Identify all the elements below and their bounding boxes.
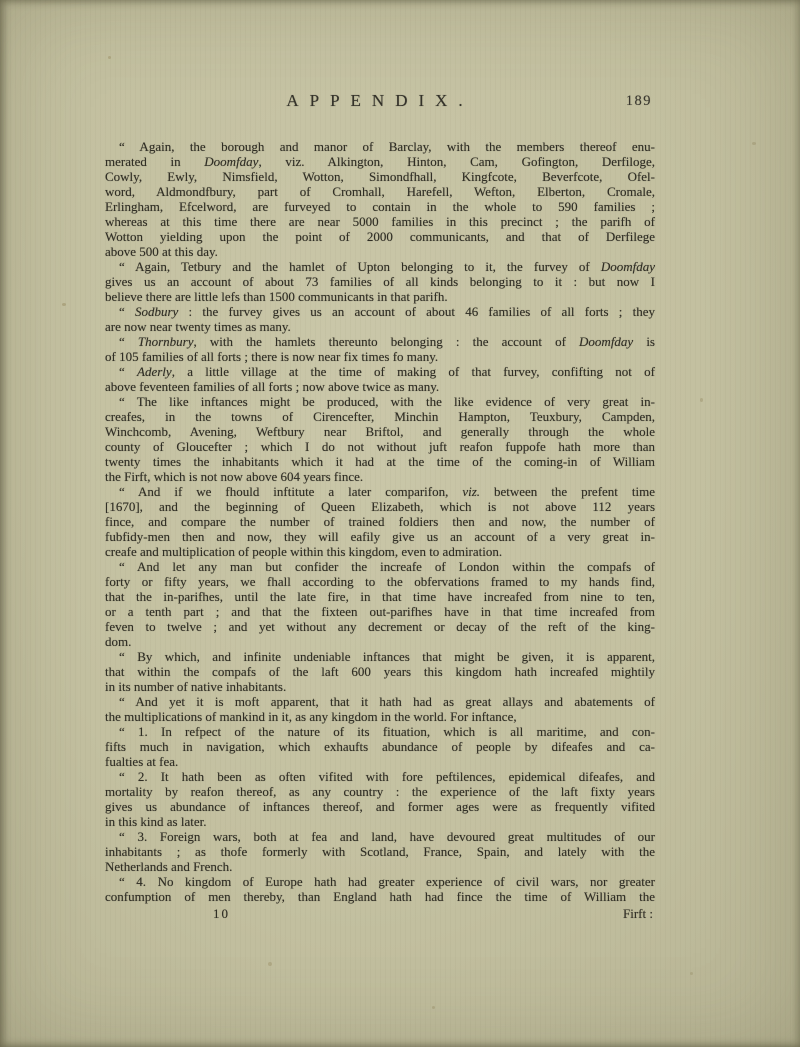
paragraph: “ The like inftances might be produced, … (105, 394, 655, 484)
body-text: in this kind as later. (105, 814, 206, 829)
foxing-spot (108, 56, 111, 59)
body-text: twenty times the inhabitants which it ha… (105, 454, 655, 469)
body-text: the Firft, which is not now above 604 ye… (105, 469, 363, 484)
text-line: creafe and multiplication of people with… (105, 544, 655, 559)
body-text: word, Aldmondfbury, part of Cromhall, Ha… (105, 184, 655, 199)
body-text: mortality by reafon thereof, as any coun… (105, 784, 655, 799)
paragraph: “ And if we fhould inftitute a later com… (105, 484, 655, 559)
text-line: “ The like inftances might be produced, … (105, 394, 655, 409)
body-text: “ (119, 364, 137, 379)
text-line: “ 2. It hath been as often vifited with … (105, 769, 655, 784)
text-line: are now near twenty times as many. (105, 319, 655, 334)
body-text: “ Again, the borough and manor of Barcla… (119, 139, 655, 154)
text-line: “ And yet it is moft apparent, that it h… (105, 694, 655, 709)
body-text: confumption of men thereby, than England… (105, 889, 655, 904)
text-line: “ Thornbury, with the hamlets thereunto … (105, 334, 655, 349)
paragraph: “ Again, the borough and manor of Barcla… (105, 139, 655, 259)
body-text: “ 4. No kingdom of Europe hath had great… (119, 874, 655, 889)
italic-text: Thornbury (138, 334, 194, 349)
body-text: creafes, in the towns of Cirencefter, Mi… (105, 409, 655, 424)
body-text: whereas at this time there are near 5000… (105, 214, 655, 229)
body-text: “ And yet it is moft apparent, that it h… (119, 694, 655, 709)
body-text: : the furvey gives us an account of abou… (178, 304, 655, 319)
signature-mark: 10 (213, 906, 230, 922)
body-text: “ And if we fhould inftitute a later com… (119, 484, 462, 499)
body-text: fince, and compare the number of trained… (105, 514, 655, 529)
text-line: Erlingham, Efcelword, are furveyed to co… (105, 199, 655, 214)
text-line: in its number of native inhabitants. (105, 679, 655, 694)
text-line: Netherlands and French. (105, 859, 655, 874)
body-text: feven to twelve ; and yet without any de… (105, 619, 655, 634)
text-line: Wotton yielding upon the point of 2000 c… (105, 229, 655, 244)
text-line: whereas at this time there are near 5000… (105, 214, 655, 229)
text-line: the Firft, which is not now above 604 ye… (105, 469, 655, 484)
body-text: in its number of native inhabitants. (105, 679, 286, 694)
text-line: mortality by reafon thereof, as any coun… (105, 784, 655, 799)
body-text: merated in (105, 154, 204, 169)
text-line: twenty times the inhabitants which it ha… (105, 454, 655, 469)
text-line: merated in Doomfday, viz. Alkington, Hin… (105, 154, 655, 169)
body-text: above 500 at this day. (105, 244, 218, 259)
italic-text: viz. (462, 484, 480, 499)
body-text: county of Gloucefter ; which I do not wi… (105, 439, 655, 454)
running-head-row: APPENDIX. 189 (105, 91, 655, 113)
text-line: “ And let any man but confider the incre… (105, 559, 655, 574)
body-text: “ The like inftances might be produced, … (119, 394, 655, 409)
text-line: forty or fifty years, we fhall according… (105, 574, 655, 589)
foxing-spot (690, 972, 693, 975)
body-text: gives us abundance of inftances thereof,… (105, 799, 655, 814)
catchword: Firft : (623, 906, 653, 922)
body-text: “ And let any man but confider the incre… (119, 559, 655, 574)
paragraph: “ 3. Foreign wars, both at fea and land,… (105, 829, 655, 874)
body-text: inhabitants ; as thofe formerly with Sco… (105, 844, 655, 859)
body-text: that the in-parifhes, until the late fir… (105, 589, 655, 604)
body-text: “ 2. It hath been as often vifited with … (119, 769, 655, 784)
body-text: , viz. Alkington, Hinton, Cam, Gofington… (258, 154, 655, 169)
text-line: “ Sodbury : the furvey gives us an accou… (105, 304, 655, 319)
page-number: 189 (626, 93, 652, 110)
text-line: inhabitants ; as thofe formerly with Sco… (105, 844, 655, 859)
text-line: above 500 at this day. (105, 244, 655, 259)
foxing-spot (700, 398, 703, 402)
paragraph: “ 2. It hath been as often vifited with … (105, 769, 655, 829)
text-line: fince, and compare the number of trained… (105, 514, 655, 529)
text-line: the multiplications of mankind in it, as… (105, 709, 655, 724)
body-text: “ (119, 304, 135, 319)
text-line: that the in-parifhes, until the late fir… (105, 589, 655, 604)
text-line: Cowly, Ewly, Nimsfield, Wotton, Simondfh… (105, 169, 655, 184)
text-line: creafes, in the towns of Cirencefter, Mi… (105, 409, 655, 424)
paragraph: “ By which, and infinite undeniable inft… (105, 649, 655, 694)
body-text: forty or fifty years, we fhall according… (105, 574, 655, 589)
text-line: in this kind as later. (105, 814, 655, 829)
italic-text: Doomfday (204, 154, 258, 169)
body-text: Erlingham, Efcelword, are furveyed to co… (105, 199, 655, 214)
italic-text: Doomfday (601, 259, 655, 274)
text-line: “ By which, and infinite undeniable inft… (105, 649, 655, 664)
foxing-spot (432, 1006, 435, 1009)
body-text: fubfidy-men then and now, they will eafi… (105, 529, 655, 544)
text-line: above feventeen families of all forts ; … (105, 379, 655, 394)
body-text: “ Again, Tetbury and the hamlet of Upton… (119, 259, 601, 274)
body-text: “ By which, and infinite undeniable inft… (119, 649, 655, 664)
foxing-spot (62, 303, 66, 306)
running-head: APPENDIX. (105, 91, 655, 111)
paragraph: “ Again, Tetbury and the hamlet of Upton… (105, 259, 655, 304)
text-line: of 105 families of all forts ; there is … (105, 349, 655, 364)
paragraph: “ And let any man but confider the incre… (105, 559, 655, 649)
text-line: Winchcomb, Avening, Weftbury near Brifto… (105, 424, 655, 439)
text-line: “ 4. No kingdom of Europe hath had great… (105, 874, 655, 889)
body-text: “ 1. In refpect of the nature of its fit… (119, 724, 655, 739)
body-text: “ (119, 334, 138, 349)
body-text: dom. (105, 634, 131, 649)
text-line: feven to twelve ; and yet without any de… (105, 619, 655, 634)
body-text: “ 3. Foreign wars, both at fea and land,… (119, 829, 655, 844)
text-line: county of Gloucefter ; which I do not wi… (105, 439, 655, 454)
body-text: gives us an account of about 73 families… (105, 274, 655, 289)
body-text: fualties at fea. (105, 754, 178, 769)
body-text: above feventeen families of all forts ; … (105, 379, 439, 394)
text-line: gives us an account of about 73 families… (105, 274, 655, 289)
body-text: , a little village at the time of making… (172, 364, 655, 379)
italic-text: Aderly (137, 364, 172, 379)
book-page: APPENDIX. 189 “ Again, the borough and m… (0, 0, 800, 1047)
text-line: fualties at fea. (105, 754, 655, 769)
body-text: or a tenth part ; and that the fixteen o… (105, 604, 655, 619)
paragraph: “ 1. In refpect of the nature of its fit… (105, 724, 655, 769)
body-text: that within the compafs of the laft 600 … (105, 664, 655, 679)
text-line: word, Aldmondfbury, part of Cromhall, Ha… (105, 184, 655, 199)
footer-row: 10 Firft : (105, 906, 655, 924)
body-text: creafe and multiplication of people with… (105, 544, 502, 559)
body-text: [1670], and the beginning of Queen Eliza… (105, 499, 655, 514)
foxing-spot (752, 142, 756, 145)
italic-text: Sodbury (135, 304, 178, 319)
page-text: “ Again, the borough and manor of Barcla… (105, 139, 655, 904)
text-line: “ 3. Foreign wars, both at fea and land,… (105, 829, 655, 844)
text-line: [1670], and the beginning of Queen Eliza… (105, 499, 655, 514)
body-text: , with the hamlets thereunto belonging :… (194, 334, 580, 349)
text-line: fubfidy-men then and now, they will eafi… (105, 529, 655, 544)
text-line: “ Again, the borough and manor of Barcla… (105, 139, 655, 154)
body-text: the multiplications of mankind in it, as… (105, 709, 517, 724)
paragraph: “ Aderly, a little village at the time o… (105, 364, 655, 394)
body-text: between the prefent time (480, 484, 655, 499)
body-text: are now near twenty times as many. (105, 319, 291, 334)
text-line: “ Aderly, a little village at the time o… (105, 364, 655, 379)
text-line: or a tenth part ; and that the fixteen o… (105, 604, 655, 619)
text-line: “ 1. In refpect of the nature of its fit… (105, 724, 655, 739)
text-line: dom. (105, 634, 655, 649)
paragraph: “ 4. No kingdom of Europe hath had great… (105, 874, 655, 904)
body-text: fifts much in navigation, which exhaufts… (105, 739, 655, 754)
text-line: confumption of men thereby, than England… (105, 889, 655, 904)
body-text: of 105 families of all forts ; there is … (105, 349, 438, 364)
text-line: fifts much in navigation, which exhaufts… (105, 739, 655, 754)
text-line: believe there are little lefs than 1500 … (105, 289, 655, 304)
body-text: believe there are little lefs than 1500 … (105, 289, 448, 304)
paragraph: “ Thornbury, with the hamlets thereunto … (105, 334, 655, 364)
text-line: that within the compafs of the laft 600 … (105, 664, 655, 679)
paragraph: “ And yet it is moft apparent, that it h… (105, 694, 655, 724)
foxing-spot (268, 962, 272, 966)
body-text: Winchcomb, Avening, Weftbury near Brifto… (105, 424, 655, 439)
body-text: Wotton yielding upon the point of 2000 c… (105, 229, 655, 244)
text-line: “ And if we fhould inftitute a later com… (105, 484, 655, 499)
italic-text: Doomfday (579, 334, 633, 349)
body-text: Cowly, Ewly, Nimsfield, Wotton, Simondfh… (105, 169, 655, 184)
body-text: Netherlands and French. (105, 859, 232, 874)
paragraph: “ Sodbury : the furvey gives us an accou… (105, 304, 655, 334)
text-line: gives us abundance of inftances thereof,… (105, 799, 655, 814)
body-text: is (633, 334, 655, 349)
text-line: “ Again, Tetbury and the hamlet of Upton… (105, 259, 655, 274)
